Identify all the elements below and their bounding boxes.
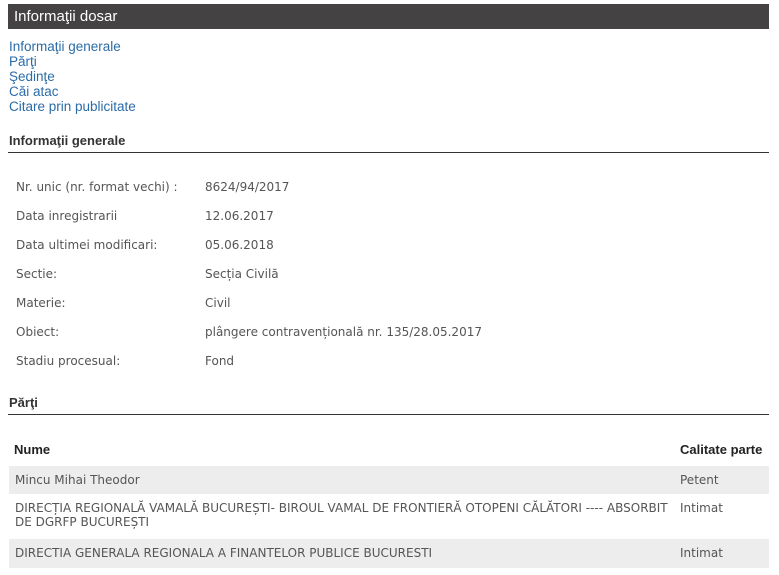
info-row-obiect: Obiect: plângere contravențională nr. 13… [16, 322, 482, 351]
info-value: Fond [205, 351, 234, 380]
section-nav: Informaţii generale Părţi Şedinţe Căi at… [9, 39, 136, 114]
info-label: Nr. unic (nr. format vechi) : [16, 177, 205, 206]
info-value: Secția Civilă [205, 264, 279, 293]
nav-link-citare-publicitate[interactable]: Citare prin publicitate [9, 99, 136, 114]
info-row-stadiu: Stadiu procesual: Fond [16, 351, 482, 380]
section-title-parti: Părţi [8, 395, 769, 415]
page-header: Informaţii dosar [8, 4, 769, 29]
nav-link-sedinte[interactable]: Şedinţe [9, 69, 136, 84]
table-header: Nume Calitate parte [9, 437, 769, 466]
table-row: Mincu Mihai Theodor Petent [9, 466, 769, 494]
column-header-nume: Nume [9, 437, 674, 466]
info-label: Materie: [16, 293, 205, 322]
info-label: Sectie: [16, 264, 205, 293]
party-role: Petent [674, 473, 769, 488]
party-name: DIRECTIA GENERALA REGIONALA A FINANTELOR… [9, 546, 674, 562]
info-row-data-inregistrarii: Data inregistrarii 12.06.2017 [16, 206, 482, 235]
info-row-sectie: Sectie: Secția Civilă [16, 264, 482, 293]
column-header-calitate: Calitate parte [674, 437, 769, 466]
section-title-general: Informaţii generale [8, 133, 769, 153]
party-role: Intimat [674, 501, 769, 533]
nav-link-cai-atac[interactable]: Căi atac [9, 84, 136, 99]
info-value: 05.06.2018 [205, 235, 274, 264]
info-label: Stadiu procesual: [16, 351, 205, 380]
info-value: 8624/94/2017 [205, 177, 289, 206]
info-value: plângere contravențională nr. 135/28.05.… [205, 322, 482, 351]
party-role: Intimat [674, 546, 769, 562]
info-label: Data ultimei modificari: [16, 235, 205, 264]
party-name: Mincu Mihai Theodor [9, 473, 674, 488]
info-row-data-modificari: Data ultimei modificari: 05.06.2018 [16, 235, 482, 264]
party-name: DIRECȚIA REGIONALĂ VAMALĂ BUCUREȘTI- BIR… [9, 501, 674, 533]
nav-link-parti[interactable]: Părţi [9, 54, 136, 69]
info-label: Data inregistrarii [16, 206, 205, 235]
table-row: DIRECTIA GENERALA REGIONALA A FINANTELOR… [9, 539, 769, 568]
nav-link-informatii-generale[interactable]: Informaţii generale [9, 39, 136, 54]
info-row-nr-unic: Nr. unic (nr. format vechi) : 8624/94/20… [16, 177, 482, 206]
parti-table: Nume Calitate parte Mincu Mihai Theodor … [9, 437, 769, 568]
info-value: 12.06.2017 [205, 206, 274, 235]
general-info-table: Nr. unic (nr. format vechi) : 8624/94/20… [16, 177, 482, 380]
info-value: Civil [205, 293, 230, 322]
info-label: Obiect: [16, 322, 205, 351]
info-row-materie: Materie: Civil [16, 293, 482, 322]
table-row: DIRECȚIA REGIONALĂ VAMALĂ BUCUREȘTI- BIR… [9, 494, 769, 539]
